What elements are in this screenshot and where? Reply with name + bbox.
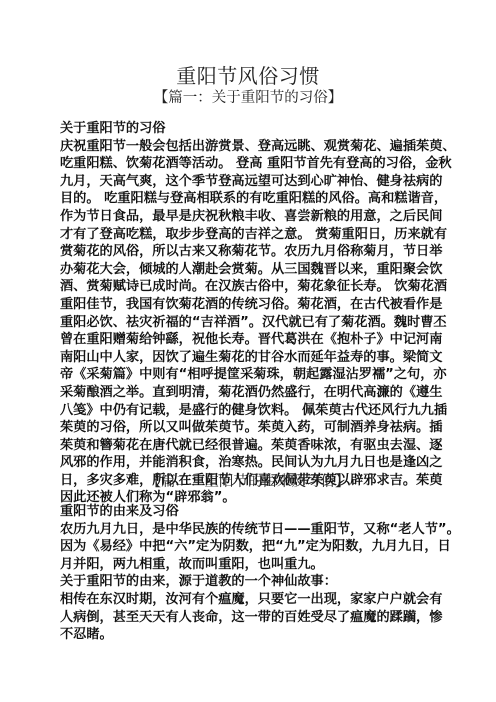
- text-line: 农历九月九日，是中华民族的传统节日——重阳节，又称“老人节”。: [60, 521, 450, 539]
- text-line: 重阳节的由来及习俗: [60, 503, 450, 521]
- document-title: 重阳节风俗习惯: [0, 64, 496, 88]
- text-line: 办菊花大会，倾城的人潮赴会赏菊。从三国魏晋以来，重阳聚会饮: [60, 261, 450, 279]
- text-line: 重阳必饮、祛灾祈福的“吉祥酒”。汉代就已有了菊花酒。魏时曹丕: [60, 314, 450, 332]
- section-body-2: 重阳节的由来及习俗 农历九月九日，是中华民族的传统节日——重阳节，又称“老人节”…: [60, 503, 450, 644]
- document-page: 重阳节风俗习惯 【篇一：关于重阳节的习俗】 关于重阳节的习俗 庆祝重阳节一般会包…: [0, 0, 496, 702]
- text-line: 茱萸和簪菊花在唐代就已经很普遍。茱萸香味浓，有驱虫去湿、逐: [60, 437, 450, 455]
- text-line: 八笺》中仍有记载，是盛行的健身饮料。 佩茱萸古代还风行九九插: [60, 402, 450, 420]
- text-line: 目的。 吃重阳糕与登高相联系的有吃重阳糕的风俗。高和糕谐音，: [60, 190, 450, 208]
- text-line: 人病倒，甚至天天有人丧命，这一带的百姓受尽了瘟魔的蹂躏，惨: [60, 609, 450, 627]
- text-line: 茱萸的习俗，所以又叫做茱萸节。茱萸入药，可制酒养身祛病。插: [60, 419, 450, 437]
- text-line: 不忍睹。: [60, 626, 450, 644]
- text-line: 吃重阳糕、饮菊花酒等活动。 登高 重阳节首先有登高的习俗，金秋: [60, 155, 450, 173]
- text-line: 关于重阳节的由来，源于道教的一个神仙故事：: [60, 573, 450, 591]
- text-line: 九月，天高气爽，这个季节登高远望可达到心旷神怡、健身祛病的: [60, 173, 450, 191]
- text-line: 作为节日食品，最早是庆祝秋粮丰收、喜尝新粮的用意，之后民间: [60, 208, 450, 226]
- section-heading-1: 【篇一：关于重阳节的习俗】: [0, 89, 496, 107]
- text-line: 帝《采菊篇》中则有“相呼提筐采菊珠，朝起露湿沾罗襦”之句，亦: [60, 366, 450, 384]
- text-line: 赏菊花的风俗，所以古来又称菊花节。农历九月俗称菊月，节日举: [60, 243, 450, 261]
- text-line: 风邪的作用，并能消积食，治寒热。民间认为九月九日也是逢凶之: [60, 454, 450, 472]
- text-line: 月并阳，两九相重，故而叫重阳，也叫重九。: [60, 556, 450, 574]
- section-heading-2: 【篇二：重阳节的由来及习俗】: [0, 473, 496, 491]
- text-line: 因为《易经》中把“六”定为阴数，把“九”定为阳数，九月九日，日: [60, 538, 450, 556]
- text-line: 庆祝重阳节一般会包括出游赏景、登高远眺、观赏菊花、遍插茱萸、: [60, 138, 450, 156]
- section-body-1: 关于重阳节的习俗 庆祝重阳节一般会包括出游赏景、登高远眺、观赏菊花、遍插茱萸、 …: [60, 120, 450, 507]
- text-line: 南阳山中人家，因饮了遍生菊花的甘谷水而延年益寿的事。梁简文: [60, 349, 450, 367]
- text-line: 酒、赏菊赋诗已成时尚。在汉族古俗中，菊花象征长寿。 饮菊花酒: [60, 278, 450, 296]
- text-line: 重阳佳节，我国有饮菊花酒的传统习俗。菊花酒，在古代被看作是: [60, 296, 450, 314]
- text-line: 才有了登高吃糕，取步步登高的吉祥之意。 赏菊重阳日，历来就有: [60, 226, 450, 244]
- text-line: 采菊酿酒之举。直到明清，菊花酒仍然盛行，在明代高濂的《遵生: [60, 384, 450, 402]
- text-line: 曾在重阳赠菊给钟繇，祝他长寿。晋代葛洪在《抱朴子》中记河南: [60, 331, 450, 349]
- text-line: 相传在东汉时期，汝河有个瘟魔，只要它一出现，家家户户就会有: [60, 591, 450, 609]
- text-line: 关于重阳节的习俗: [60, 120, 450, 138]
